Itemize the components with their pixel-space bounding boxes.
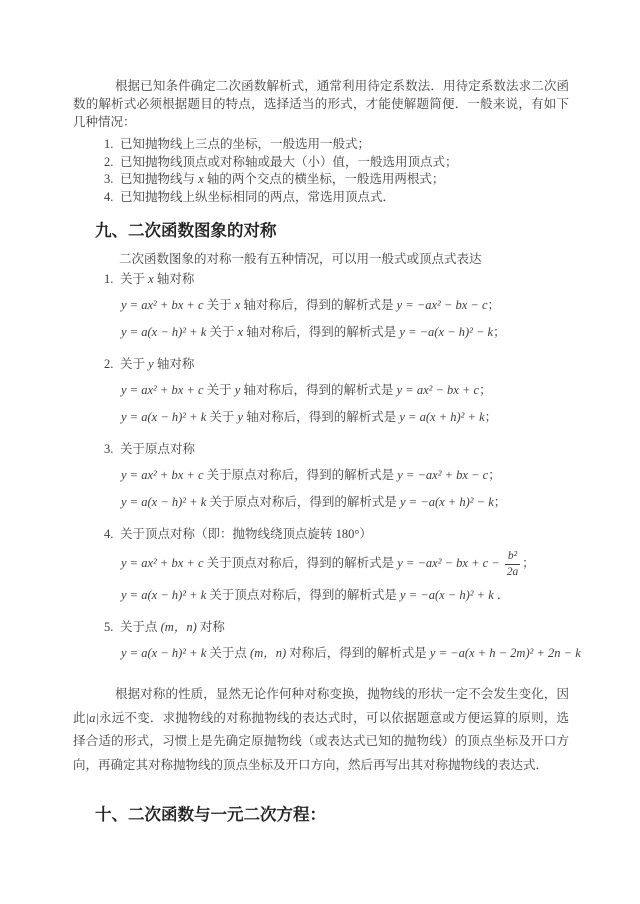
math-text: y = −ax² − bx − c [397, 298, 488, 312]
formula-line: y = ax² + bx + c 关于顶点对称后，得到的解析式是 y = −ax… [121, 550, 569, 578]
plain-text: ； [479, 383, 492, 397]
plain-text: 轴对称后，得到的解析式是 [243, 325, 399, 339]
fraction-numerator: b² [505, 550, 520, 565]
symmetry-item-title-text: 关于顶点对称（即：抛物线绕顶点旋转 180°） [120, 527, 372, 541]
plain-text: 对称 [197, 620, 225, 634]
list-item-text: 已知抛物线与 x 轴的两个交点的横坐标，一般选用两根式； [120, 172, 444, 186]
symmetry-item: 5.关于点 (m，n) 对称y = a(x − h)² + k 关于点 (m，n… [73, 618, 569, 663]
document-page: 根据已知条件确定二次函数解析式，通常利用待定系数法．用待定系数法求二次函数的解析… [0, 0, 640, 904]
list-marker: 3. [104, 440, 113, 458]
plain-text: 关于 [120, 272, 148, 286]
plain-text: 对称后，得到的解析式是 [286, 646, 430, 660]
list-marker: 4. [104, 525, 113, 543]
plain-text: 轴对称后，得到的解析式是 [240, 383, 396, 397]
intro-paragraph: 根据已知条件确定二次函数解析式，通常利用待定系数法．用待定系数法求二次函数的解析… [73, 77, 569, 131]
plain-text: 关于点 [120, 620, 161, 634]
formula-line: y = a(x − h)² + k 关于 y 轴对称后，得到的解析式是 y = … [121, 407, 569, 427]
formula-line: y = ax² + bx + c 关于 y 轴对称后，得到的解析式是 y = a… [121, 380, 569, 400]
plain-text: 已知抛物线顶点或对称轴或最大（小）值，一般选用顶点式； [120, 155, 458, 169]
plain-text: 关于 [204, 383, 235, 397]
plain-text: 已知抛物线上三点的坐标，一般选用一般式； [120, 137, 370, 151]
plain-text: 关于 [206, 325, 237, 339]
plain-text: 轴的两个交点的横坐标，一般选用两根式； [204, 172, 445, 186]
plain-text: 永远不变．求抛物线的对称抛物线的表达式时，可以依据题意或方便运算的原则，选择合适… [73, 711, 569, 772]
plain-text: ； [522, 556, 535, 570]
math-text: y = −a(x + h)² − k [400, 495, 494, 509]
math-text: y = ax² − bx + c [397, 383, 480, 397]
math-text: y = ax² + bx + c [121, 383, 204, 397]
plain-text: ． [494, 588, 510, 602]
list-item-text: 已知抛物线上三点的坐标，一般选用一般式； [120, 137, 370, 151]
symmetry-item-title: 3.关于原点对称 [73, 440, 569, 458]
list-item: 3.已知抛物线与 x 轴的两个交点的横坐标，一般选用两根式； [73, 171, 569, 189]
math-text: y = a(x − h)² + k [121, 646, 206, 660]
section-heading-10: 十、二次函数与一元二次方程： [95, 805, 569, 826]
plain-text: 关于顶点对称后，得到的解析式是 [206, 588, 400, 602]
symmetry-item-title-text: 关于 x 轴对称 [120, 272, 194, 286]
math-text: y = a(x + h)² + k [399, 410, 484, 424]
list-marker: 3. [104, 171, 113, 189]
list-marker: 2. [104, 355, 113, 373]
symmetry-item-title-text: 关于原点对称 [120, 442, 195, 456]
plain-text: ； [488, 468, 501, 482]
formula-line: y = a(x − h)² + k 关于 x 轴对称后，得到的解析式是 y = … [121, 322, 569, 342]
formula-line: y = ax² + bx + c 关于 x 轴对称后，得到的解析式是 y = −… [121, 295, 569, 315]
list-item-text: 已知抛物线上纵坐标相同的两点，常选用顶点式． [120, 190, 395, 204]
math-text: y = a(x − h)² + k [121, 325, 206, 339]
list-marker: 1. [104, 136, 113, 154]
plain-text: 轴对称 [154, 272, 195, 286]
plain-text: 关于顶点对称（即：抛物线绕顶点旋转 180°） [120, 527, 372, 541]
list-item: 2.已知抛物线顶点或对称轴或最大（小）值，一般选用顶点式； [73, 154, 569, 172]
plain-text: 关于顶点对称后，得到的解析式是 [204, 556, 398, 570]
plain-text: ； [488, 298, 501, 312]
list-marker: 4. [104, 189, 113, 207]
list-marker: 1. [104, 270, 113, 288]
plain-text: 关于 [120, 357, 148, 371]
math-text: y = a(x − h)² + k [121, 588, 206, 602]
list-marker: 5. [104, 618, 113, 636]
plain-text: 关于原点对称 [120, 442, 195, 456]
list-item: 1.已知抛物线上三点的坐标，一般选用一般式； [73, 136, 569, 154]
symmetry-item: 2.关于 y 轴对称y = ax² + bx + c 关于 y 轴对称后，得到的… [73, 355, 569, 427]
plain-text: 关于 [204, 298, 235, 312]
math-text: y = −a(x − h)² − k [399, 325, 493, 339]
list-item-text: 已知抛物线顶点或对称轴或最大（小）值，一般选用顶点式； [120, 155, 458, 169]
list-item: 4.已知抛物线上纵坐标相同的两点，常选用顶点式． [73, 189, 569, 207]
list-marker: 2. [104, 154, 113, 172]
section9-lead: 二次函数图象的对称一般有五种情况，可以用一般式或顶点式表达 [73, 250, 569, 268]
symmetry-item-title-text: 关于 y 轴对称 [120, 357, 194, 371]
cases-list: 1.已知抛物线上三点的坐标，一般选用一般式；2.已知抛物线顶点或对称轴或最大（小… [73, 136, 569, 206]
math-text: y = ax² + bx + c [121, 298, 204, 312]
math-text: y = a(x − h)² + k [121, 495, 206, 509]
symmetry-item-title: 4.关于顶点对称（即：抛物线绕顶点旋转 180°） [73, 525, 569, 543]
plain-text: 已知抛物线上纵坐标相同的两点，常选用顶点式． [120, 190, 395, 204]
formula-line: y = a(x − h)² + k 关于原点对称后，得到的解析式是 y = −a… [121, 492, 569, 512]
math-text: y = −a(x + h − 2m)² + 2n − k [430, 646, 581, 660]
page-content: 根据已知条件确定二次函数解析式，通常利用待定系数法．用待定系数法求二次函数的解析… [73, 0, 569, 826]
plain-text: ； [494, 495, 507, 509]
plain-text: 关于原点对称后，得到的解析式是 [206, 495, 400, 509]
symmetry-item: 1.关于 x 轴对称y = ax² + bx + c 关于 x 轴对称后，得到的… [73, 270, 569, 342]
plain-text: 轴对称后，得到的解析式是 [243, 410, 399, 424]
symmetry-item: 3.关于原点对称y = ax² + bx + c 关于原点对称后，得到的解析式是… [73, 440, 569, 512]
symmetry-item: 4.关于顶点对称（即：抛物线绕顶点旋转 180°）y = ax² + bx + … [73, 525, 569, 605]
math-text: y = −a(x − h)² + k [400, 588, 494, 602]
plain-text: 轴对称 [154, 357, 195, 371]
plain-text: 关于原点对称后，得到的解析式是 [204, 468, 398, 482]
plain-text: ； [485, 410, 498, 424]
math-text: |a| [86, 711, 99, 725]
math-text: y = a(x − h)² + k [121, 410, 206, 424]
fraction-denominator: 2a [505, 565, 520, 579]
closing-paragraph: 根据对称的性质，显然无论作何种对称变换，抛物线的形状一定不会发生变化，因此|a|… [73, 683, 569, 777]
symmetry-item-title: 5.关于点 (m，n) 对称 [73, 618, 569, 636]
math-text: (m，n) [250, 646, 286, 660]
symmetry-item-title: 2.关于 y 轴对称 [73, 355, 569, 373]
plain-text: ； [493, 325, 506, 339]
plain-text: 轴对称后，得到的解析式是 [240, 298, 396, 312]
math-text: y = −ax² − bx + c − [397, 556, 503, 570]
math-text: y = −ax² + bx − c [397, 468, 488, 482]
plain-text: 已知抛物线与 [120, 172, 198, 186]
formula-line: y = ax² + bx + c 关于原点对称后，得到的解析式是 y = −ax… [121, 465, 569, 485]
fraction: b²2a [505, 550, 520, 578]
formula-line: y = a(x − h)² + k 关于顶点对称后，得到的解析式是 y = −a… [121, 585, 569, 605]
plain-text: 关于 [206, 410, 237, 424]
symmetry-item-title-text: 关于点 (m，n) 对称 [120, 620, 225, 634]
math-text: y = ax² + bx + c [121, 468, 204, 482]
section-heading-9: 九、二次函数图象的对称 [95, 221, 569, 242]
symmetry-list: 1.关于 x 轴对称y = ax² + bx + c 关于 x 轴对称后，得到的… [73, 270, 569, 663]
math-text: (m，n) [161, 620, 197, 634]
symmetry-item-title: 1.关于 x 轴对称 [73, 270, 569, 288]
math-text: y = ax² + bx + c [121, 556, 204, 570]
plain-text: 关于点 [206, 646, 250, 660]
formula-line: y = a(x − h)² + k 关于点 (m，n) 对称后，得到的解析式是 … [121, 643, 569, 663]
